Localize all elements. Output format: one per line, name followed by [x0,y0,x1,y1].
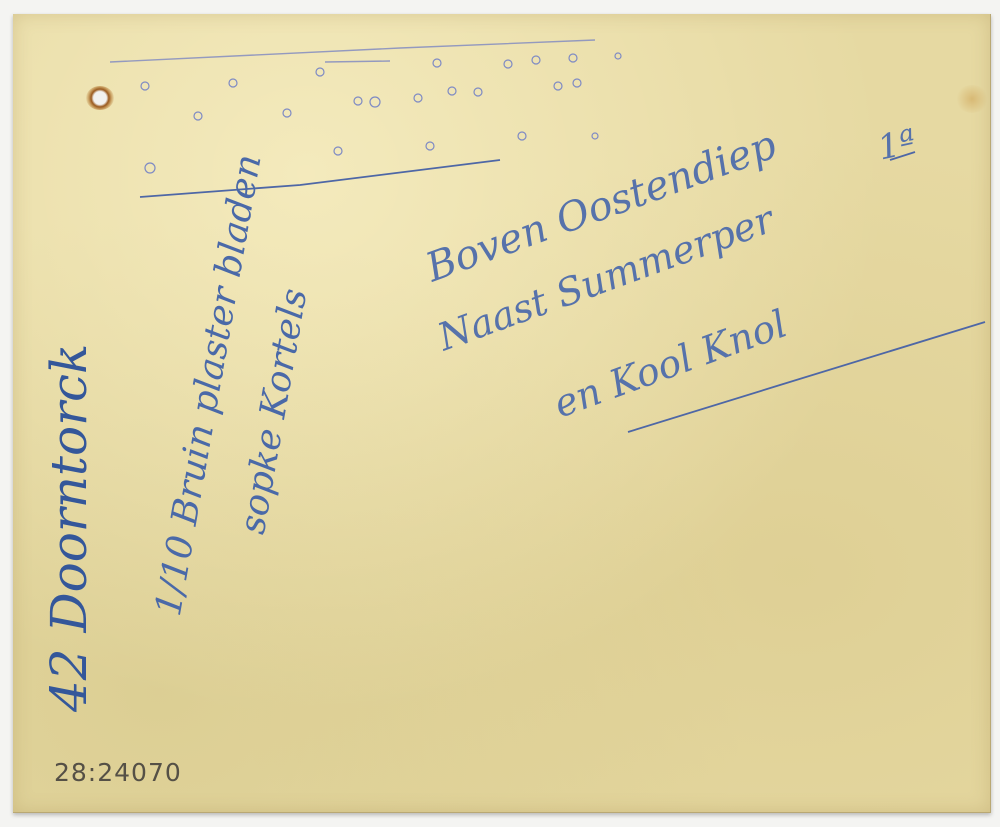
catalog-number: 28:24070 [54,758,182,787]
rust-stain [955,85,989,113]
punch-hole [86,86,114,110]
ordinal-marker: 1ª [874,122,919,169]
paper-sheet [13,14,991,813]
handwritten-title: 42 Doorntorck [40,344,98,712]
